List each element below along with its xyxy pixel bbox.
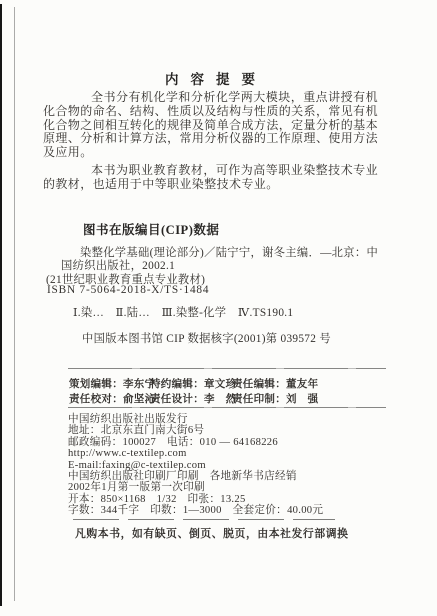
scan-edge-shadow (0, 4, 2, 606)
content-summary: 全书分有机化学和分析化学两大模块，重点讲授有机化合物的命名、结构、性质以及结构与… (43, 91, 378, 192)
staff-credit-proofreader: 责任校对：俞坚沁 (69, 391, 155, 406)
format-sheets-line: 开本：850×1168 1/32 印张：13.25 (68, 494, 388, 505)
address-line: 地址：北京东直门南大街6号 (68, 425, 388, 436)
wordcount-price-line: 字数：344千字 印数：1—3000 全套定价：40.00元 (68, 505, 388, 516)
publisher-line: 中国纺织出版社出版发行 (68, 414, 388, 425)
cip-record-line: 中国版本图书馆 CIP 数据核字(2001)第 039572 号 (82, 330, 331, 346)
staff-credit-special-editor: 特约编辑：章文珍 (150, 376, 236, 391)
staff-credit-planning-editor: 策划编辑：李东宁 (69, 376, 155, 391)
content-summary-paragraph-1: 全书分有机化学和分析化学两大模块，重点讲授有机化合物的命名、结构、性质以及结构与… (43, 91, 378, 160)
cip-classification-line: Ⅰ.染… Ⅱ.陆… Ⅲ.染整-化学 Ⅳ.TS190.1 (73, 304, 293, 320)
cip-heading: 图书在版编目(CIP)数据 (83, 220, 219, 238)
edition-printing-line: 2002年1月第一版第一次印刷 (68, 482, 388, 493)
staff-credit-responsible-editor: 责任编辑：董友年 (232, 376, 318, 391)
book-copyright-page: 内容提要 全书分有机化学和分析化学两大模块，重点讲授有机化合物的命名、结构、性质… (0, 0, 437, 616)
scan-gutter-line (14, 7, 15, 601)
content-summary-paragraph-2: 本书为职业教育教材，可作为高等职业染整技术专业的教材，也适用于中等职业染整技术专… (43, 164, 378, 192)
divider-bottom (73, 519, 335, 520)
cip-isbn-line: ISBN 7-5064-2018-X/TS·1484 (47, 284, 209, 296)
email-line: E-mail:faxing@c-textilep.com (68, 460, 388, 471)
staff-credit-print-supervisor: 责任印制：刘 强 (232, 391, 318, 406)
divider-middle (68, 407, 386, 408)
postcode-phone-line: 邮政编码：100027 电话：010 — 64168226 (68, 437, 388, 448)
printer-distributor-line: 中国纺织出版社印刷厂印刷 各地新华书店经销 (68, 471, 388, 482)
replacement-notice: 凡购本书，如有缺页、倒页、脱页，由本社发行部调换 (75, 526, 349, 541)
content-summary-heading: 内容提要 (43, 68, 377, 88)
divider-top (68, 368, 386, 369)
staff-credit-designer: 责任设计：李 然 (150, 391, 236, 406)
website-line: http://www.c-textilep.com (68, 448, 388, 459)
publication-info: 中国纺织出版社出版发行 地址：北京东直门南大街6号 邮政编码：100027 电话… (68, 414, 388, 517)
